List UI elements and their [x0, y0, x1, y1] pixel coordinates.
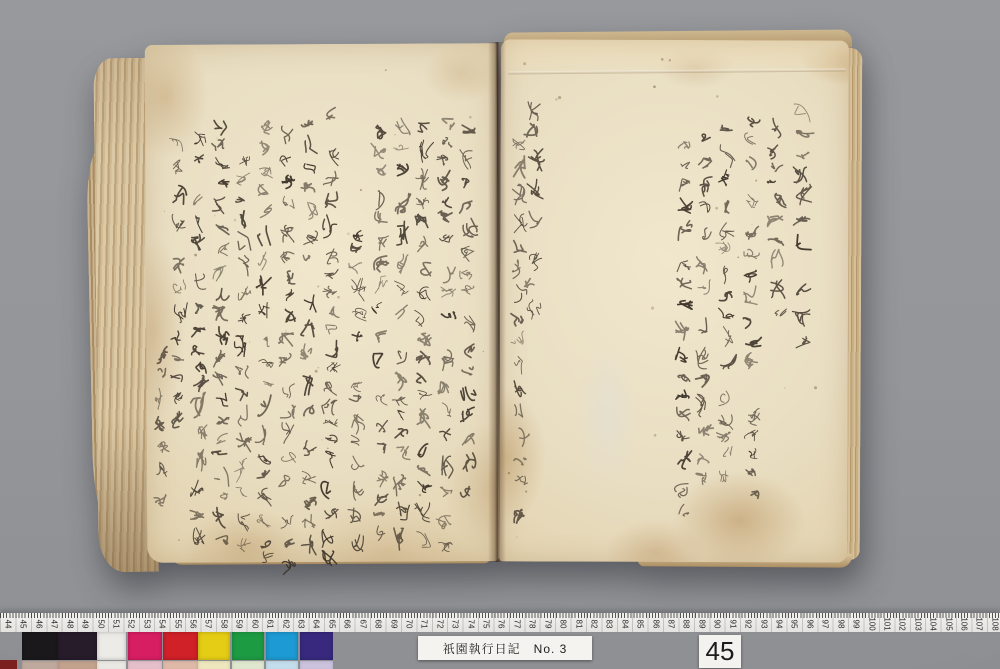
ruler-number: 68	[372, 617, 384, 632]
volume-title-plate: 祇園執行日記 No. 3	[418, 636, 592, 660]
book-page-right	[499, 39, 849, 562]
ruler-number: 52	[125, 617, 137, 632]
ruler-number: 96	[803, 617, 815, 632]
ruler-number: 90	[711, 617, 723, 632]
ruler-number: 61	[264, 617, 276, 632]
ruler-number: 51	[109, 617, 121, 632]
color-patch	[300, 632, 333, 669]
ruler-number: 48	[63, 617, 75, 632]
color-patch	[232, 632, 264, 669]
ruler-number: 103	[911, 617, 923, 632]
ruler-number: 94	[773, 617, 785, 632]
ruler-number: 53	[140, 617, 152, 632]
color-patch	[58, 632, 97, 669]
ruler-number: 89	[695, 617, 707, 632]
ruler-number: 45	[17, 617, 29, 632]
corner-color-patch	[0, 660, 17, 669]
ruler-number: 54	[156, 617, 168, 632]
ruler-number: 64	[310, 617, 322, 632]
ruler-number: 100	[865, 617, 877, 632]
ruler-number: 99	[850, 617, 862, 632]
ruler-number: 49	[79, 617, 91, 632]
ruler-number: 106	[958, 617, 970, 632]
ruler-number: 73	[449, 617, 461, 632]
ruler-number: 102	[896, 617, 908, 632]
ruler-number: 75	[480, 617, 492, 632]
color-patch	[97, 632, 126, 669]
ruler-number: 87	[665, 617, 677, 632]
ruler-number: 46	[32, 617, 44, 632]
archival-photo: 4445464748495051525354555657585960616263…	[0, 0, 1000, 669]
ruler-number: 67	[356, 617, 368, 632]
ruler-number: 97	[819, 617, 831, 632]
ruler-number: 60	[248, 617, 260, 632]
color-patch	[163, 632, 198, 669]
ruler-number: 80	[557, 617, 569, 632]
ruler-number: 108	[988, 617, 1000, 632]
ruler-number: 81	[572, 617, 584, 632]
ruler-number: 91	[726, 617, 738, 632]
ruler-number: 104	[927, 617, 939, 632]
color-calibration-chart	[0, 632, 360, 669]
color-patch	[198, 632, 230, 669]
ruler-number: 76	[495, 617, 507, 632]
page-number-text: 45	[706, 636, 735, 667]
volume-title-text: 祇園執行日記 No. 3	[443, 640, 568, 657]
ruler-number: 86	[649, 617, 661, 632]
ruler-number: 69	[387, 617, 399, 632]
ruler-number: 65	[325, 617, 337, 632]
ruler-number: 63	[294, 617, 306, 632]
ruler-number: 44	[2, 617, 14, 632]
ruler-number: 77	[510, 617, 522, 632]
ruler-number: 107	[973, 617, 985, 632]
ruler-number: 105	[942, 617, 954, 632]
ruler-number: 85	[634, 617, 646, 632]
ruler-number: 72	[433, 617, 445, 632]
ruler-number: 78	[526, 617, 538, 632]
ruler-number: 71	[418, 617, 430, 632]
ruler-number: 101	[880, 617, 892, 632]
manuscript-book	[0, 0, 1000, 669]
ruler-number: 50	[94, 617, 106, 632]
ruler-number: 62	[279, 617, 291, 632]
page-number-plate: 45	[699, 635, 741, 668]
ruler-number: 84	[618, 617, 630, 632]
ruler-number: 98	[834, 617, 846, 632]
ruler-number: 66	[341, 617, 353, 632]
ruler-number: 59	[233, 617, 245, 632]
color-patch	[22, 632, 58, 669]
ruler-number: 57	[202, 617, 214, 632]
book-gutter	[488, 42, 506, 562]
ruler-number: 55	[171, 617, 183, 632]
ruler-number: 83	[603, 617, 615, 632]
ruler-number: 47	[48, 617, 60, 632]
ruler-number: 58	[217, 617, 229, 632]
measurement-ruler: 4445464748495051525354555657585960616263…	[0, 613, 1000, 632]
ruler-number: 88	[680, 617, 692, 632]
ruler-number: 70	[402, 617, 414, 632]
ruler-number: 82	[587, 617, 599, 632]
ruler-number: 56	[187, 617, 199, 632]
color-patch	[266, 632, 298, 669]
color-patch	[128, 632, 162, 669]
ruler-number: 79	[541, 617, 553, 632]
ruler-number: 92	[742, 617, 754, 632]
book-page-left	[145, 43, 500, 563]
ruler-number: 93	[757, 617, 769, 632]
ruler-number: 74	[464, 617, 476, 632]
ruler-number: 95	[788, 617, 800, 632]
